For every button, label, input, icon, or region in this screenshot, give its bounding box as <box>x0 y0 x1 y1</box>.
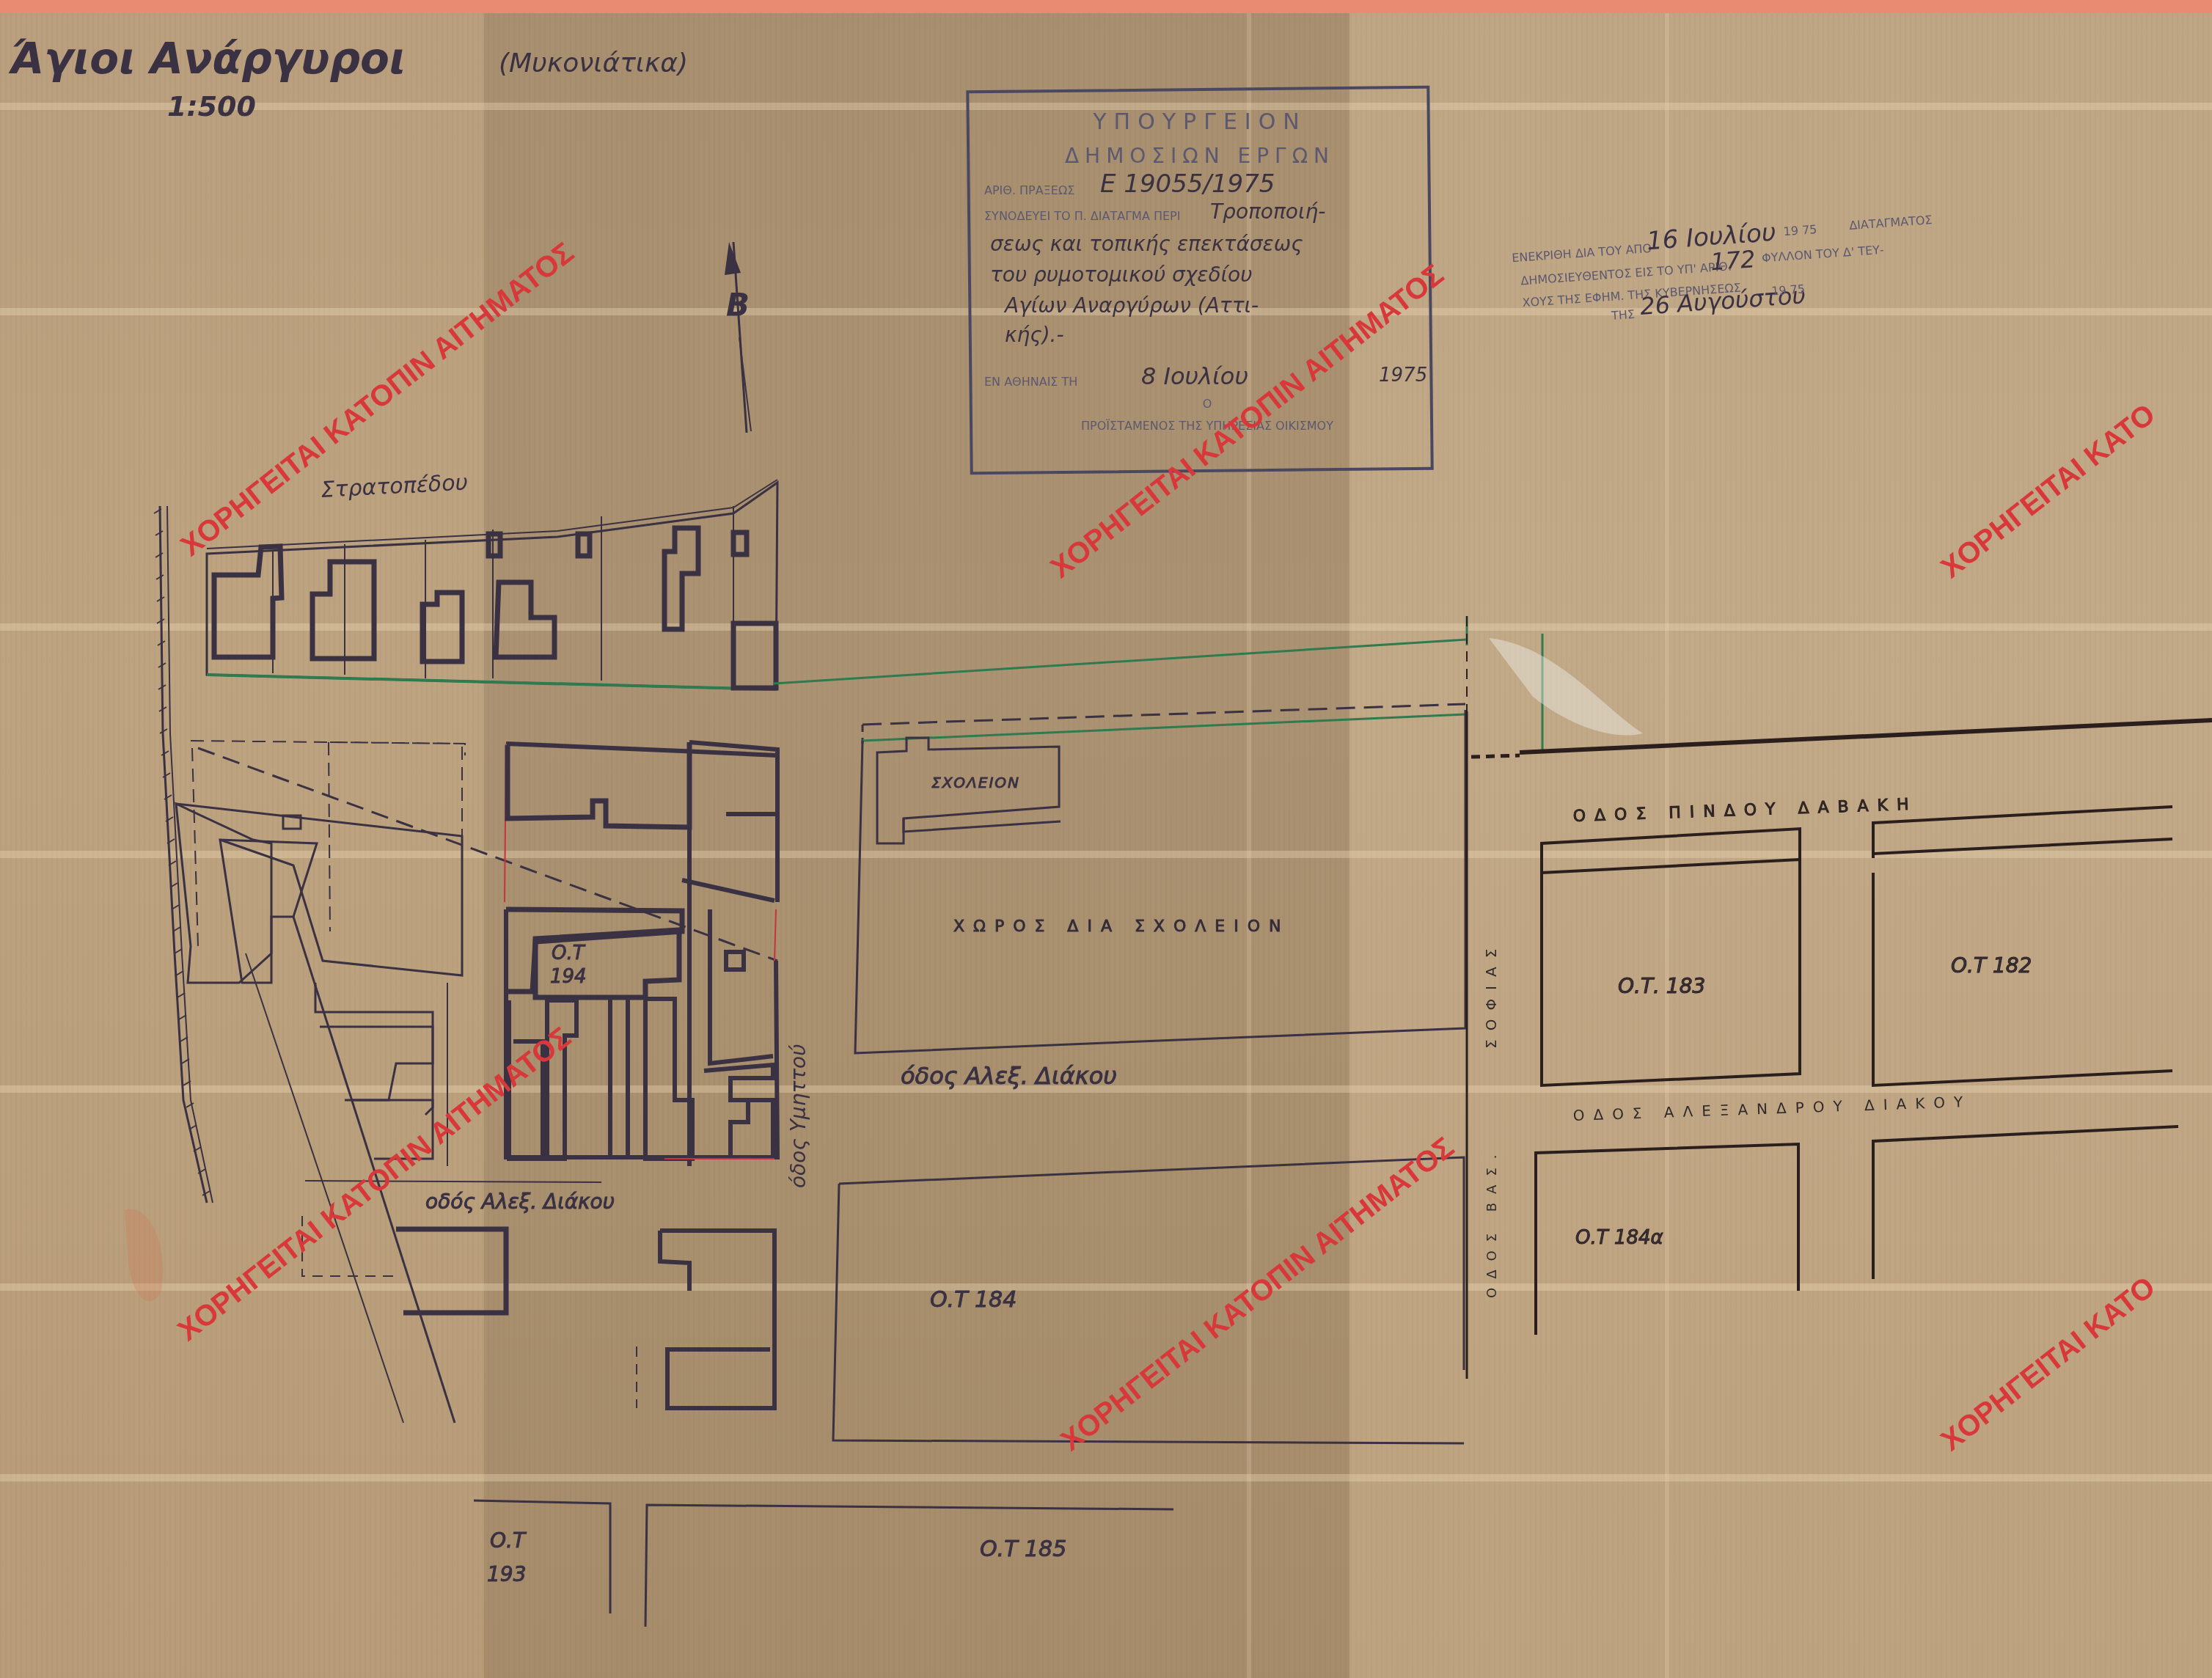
school-area-label: ΧΩΡΟΣ ΔΙΑ ΣΧΟΛΕΙΟΝ <box>953 917 1289 936</box>
block-lower-left: οδός Αλεξ. Διάκου <box>302 1181 774 1408</box>
map-sheet: Άγιοι Ανάργυροι (Μυκονιάτικα) 1:500 Β ΥΠ… <box>0 0 2212 1678</box>
watermark-text: ΧΟΡΗΓΕΙΤΑΙ ΚΑΤΟΠΙΝ ΑΙΤΗΜΑΤΟΣ <box>175 236 579 563</box>
block-ot-184a: Ο.Τ 184α <box>1536 1126 2178 1335</box>
school-building-label: ΣΧΟΛΕΙΟΝ <box>931 774 1020 791</box>
stamp-accompanies-3: του ρυμοτομικού σχεδίου <box>990 263 1252 287</box>
stamp-accompanies-4: Αγίων Αναργύρων (Αττι- <box>1003 293 1259 318</box>
watermark-text: ΧΟΡΗΓΕΙΤΑΙ ΚΑΤΟ <box>1935 398 2161 585</box>
block-label-ot-184: Ο.Τ 184 <box>930 1287 1017 1313</box>
watermark-text: ΧΟΡΗΓΕΙΤΑΙ ΚΑΤΟΠΙΝ ΑΙΤΗΜΑΤΟΣ <box>172 1021 576 1347</box>
watermark-text: ΧΟΡΗΓΕΙΤΑΙ ΚΑΤΟΠΙΝ ΑΙΤΗΜΑΤΟΣ <box>1055 1131 1460 1457</box>
watermark-text: ΧΟΡΗΓΕΙΤΑΙ ΚΑΤΟ <box>1935 1271 2161 1458</box>
stamp-accompanies-label: ΣΥΝΟΔΕΥΕΙ ΤΟ Π. ΔΙΑΤΑΓΜΑ ΠΕΡΙ <box>984 209 1180 223</box>
block-label-ot-185: Ο.Τ 185 <box>980 1536 1066 1562</box>
block-ot-182: Ο.Τ 182 <box>1873 807 2172 1085</box>
north-arrow-icon: Β <box>725 242 751 433</box>
street-label-alex-diakou-mid: όδος Αλεξ. Διάκου <box>901 1062 1117 1090</box>
stamp-accompanies-5: κής).- <box>1005 323 1064 347</box>
red-pencil-smudge <box>125 1209 163 1301</box>
stamp-accompanies-2: σεως και τοπικής επεκτάσεως <box>990 232 1303 256</box>
ministry-stamp: ΥΠΟΥΡΓΕΙΟΝ ΔΗΜΟΣΙΩΝ ΕΡΓΩΝ ΑΡΙΘ. ΠΡΑΞΕΩΣ … <box>967 87 1432 474</box>
stamp-act-label: ΑΡΙΘ. ΠΡΑΞΕΩΣ <box>984 183 1074 197</box>
approval-line4-prefix: ΤΗΣ <box>1610 307 1635 323</box>
map-title: Άγιοι Ανάργυροι (Μυκονιάτικα) 1:500 <box>8 34 688 122</box>
stamp-date-value: 8 Ιουλίου <box>1141 362 1248 390</box>
stamp-date-label: ΕΝ ΑΘΗΝΑΙΣ ΤΗ <box>984 375 1077 389</box>
street-label-alexandrou-diakou: ΟΔΟΣ ΑΛΕΞΑΝΔΡΟΥ ΔΙΑΚΟΥ <box>1572 1093 1971 1124</box>
chalk-smudge <box>1489 638 1643 736</box>
stamp-line1: ΥΠΟΥΡΓΕΙΟΝ <box>1092 109 1306 135</box>
block-label-ot-182: Ο.Τ 182 <box>1951 953 2032 978</box>
block-label-ot-193-line1: Ο.Τ <box>490 1528 527 1553</box>
block-ot-194: Ο.Τ 194 <box>505 742 777 1166</box>
title-subtitle: (Μυκονιάτικα) <box>499 48 688 78</box>
block-school: ΣΧΟΛΕΙΟΝ ΧΩΡΟΣ ΔΙΑ ΣΧΟΛΕΙΟΝ όδος Αλεξ. Δ… <box>774 616 1542 1090</box>
street-label-alex-diakou-left: οδός Αλεξ. Διάκου <box>425 1190 615 1214</box>
street-label-odos-vas: ΟΔΟΣ ΒΑΣ. <box>1484 1146 1500 1298</box>
block-label-ot-193-line2: 193 <box>487 1562 526 1586</box>
railway-line <box>154 506 213 1203</box>
stamp-article: Ο <box>1203 397 1212 411</box>
stamp-year-value: 1975 <box>1379 364 1427 386</box>
stamp-act-value: Ε 19055/1975 <box>1100 169 1275 199</box>
stamp-accompanies-1: Τροποποιή- <box>1210 199 1325 224</box>
approval-line1-suffix: ΔΙΑΤΑΓΜΑΤΟΣ <box>1849 213 1933 232</box>
block-label-ot-194-line2: 194 <box>550 966 587 988</box>
approval-line1-prefix: ΕΝΕΚΡΙΘΗ ΔΙΑ ΤΟΥ ΑΠΟ <box>1512 241 1652 265</box>
north-letter: Β <box>726 287 750 323</box>
block-label-ot-194-line1: Ο.Τ <box>552 942 586 964</box>
stamp-signatory: ΠΡΟΪΣΤΑΜΕΝΟΣ ΤΗΣ ΥΠΗΡΕΣΙΑΣ ΟΙΚΙΣΜΟΥ <box>1081 419 1333 433</box>
road-edges-right: ΟΔΟΣ ΠΙΝΔΟΥ ΔΑΒΑΚΗ <box>1467 616 2212 1379</box>
title-place: Άγιοι Ανάργυροι <box>8 34 406 84</box>
street-label-stratopedou: Στρατοπέδου <box>321 470 469 503</box>
street-label-sofias: ΣΟΦΙΑΣ <box>1482 940 1500 1049</box>
approval-line2-value: 172 <box>1710 245 1757 276</box>
street-label-pindou-davaki: ΟΔΟΣ ΠΙΝΔΟΥ ΔΑΒΑΚΗ <box>1572 796 1918 826</box>
approval-line2-suffix: ΦΥΛΛΟΝ ΤΟΥ Δ' ΤΕΥ- <box>1761 243 1884 265</box>
block-label-ot-183: Ο.Τ. 183 <box>1618 974 1705 998</box>
plan-drawing: Άγιοι Ανάργυροι (Μυκονιάτικα) 1:500 Β ΥΠ… <box>0 0 2212 1678</box>
block-ot-193: Ο.Τ 193 <box>474 1501 610 1613</box>
stamp-line2: ΔΗΜΟΣΙΩΝ ΕΡΓΩΝ <box>1065 144 1335 168</box>
approval-stamp: ΕΝΕΚΡΙΘΗ ΔΙΑ ΤΟΥ ΑΠΟ 16 Ιουλίου 19 75 ΔΙ… <box>1510 207 1938 329</box>
block-ot-183: Ο.Τ. 183 <box>1542 829 1800 1085</box>
approval-line4-year: 19 75 <box>1771 282 1806 298</box>
approval-line1-year: 19 75 <box>1783 222 1817 238</box>
block-label-ot-184a: Ο.Τ 184α <box>1575 1227 1663 1249</box>
block-ot-185: Ο.Τ 185 <box>645 1505 1173 1627</box>
map-scale: 1:500 <box>167 90 256 122</box>
block-top-row <box>207 480 777 689</box>
street-label-ymittou: όδος Υμηττού <box>786 1044 810 1188</box>
